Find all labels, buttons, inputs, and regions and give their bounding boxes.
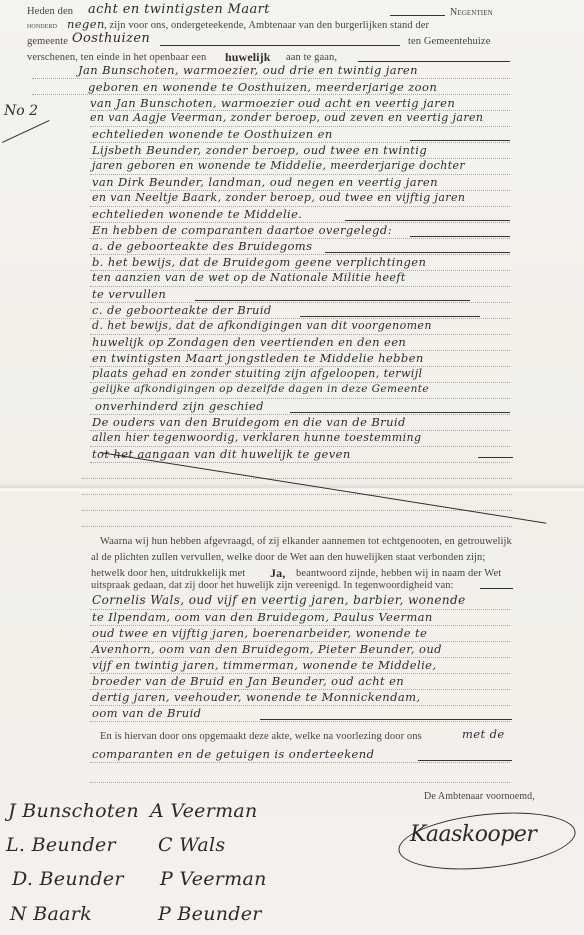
body-line: geboren en wonende te Oosthuizen, meerde… <box>88 80 437 94</box>
signature-witness-wals: C Wals <box>158 834 225 856</box>
witness-line: vijf en twintig jaren, timmerman, wonend… <box>92 658 436 672</box>
guide-line <box>90 462 510 463</box>
header-heden-den: Heden den <box>27 6 73 17</box>
fill-rule <box>480 588 513 589</box>
body-line: tot het aangaan van dit huwelijk te geve… <box>92 447 351 461</box>
signature-witness-veerman: P Veerman <box>160 868 267 890</box>
margin-stroke <box>2 120 50 143</box>
fill-rule <box>478 457 513 458</box>
printed-body-line-2: al de plichten zullen vervullen, welke d… <box>91 552 485 563</box>
body-line: onverhinderd zijn geschied <box>95 399 264 413</box>
header-rule-3 <box>358 61 510 62</box>
paper-fold <box>0 483 584 493</box>
header-line2-text: , zijn voor ons, ondergeteekende, Ambten… <box>104 20 429 31</box>
body-line: d. het bewijs, dat de afkondigingen van … <box>92 319 432 332</box>
body-line: De ouders van den Bruidegom en die van d… <box>92 415 406 429</box>
fill-rule <box>418 760 512 761</box>
body-line: echtelieden wonende te Middelie. <box>92 207 302 221</box>
witness-line: dertig jaren, veehouder, wonende te Monn… <box>92 690 420 704</box>
guide-line <box>82 478 512 479</box>
body-line: c. de geboorteakte der Bruid <box>92 303 272 317</box>
fill-rule <box>195 300 470 301</box>
witness-line: broeder van de Bruid en Jan Beunder, oud… <box>92 674 404 688</box>
body-line: echtelieden wonende te Oosthuizen en <box>92 127 333 141</box>
guide-line <box>82 494 512 495</box>
body-line: van Jan Bunschoten, warmoezier oud acht … <box>90 96 455 110</box>
body-line: plaats gehad en zonder stuiting zijn afg… <box>92 367 422 380</box>
fill-rule <box>260 719 512 720</box>
witness-line: te Ilpendam, oom van den Bruidegom, Paul… <box>92 610 433 624</box>
guide-line <box>32 78 510 79</box>
body-line: allen hier tegenwoordig, verklaren hunne… <box>92 431 421 444</box>
closing-handwritten-b: comparanten en de getuigen is onderteeke… <box>92 747 374 761</box>
guide-line <box>90 782 510 783</box>
marriage-date: acht en twintigsten Maart <box>88 2 270 17</box>
official-label: De Ambtenaar voornoemd, <box>424 791 535 802</box>
body-line: en van Neeltje Baark, zonder beroep, oud… <box>92 191 465 204</box>
marriage-year: negen <box>67 17 105 31</box>
body-line: gelijke afkondigingen op dezelfde dagen … <box>92 383 429 395</box>
guide-line <box>90 762 510 763</box>
printed-body-line-3b: beantwoord zijnde, hebben wij in naam de… <box>296 568 501 579</box>
signature-bride-father: D. Beunder <box>12 868 124 890</box>
body-line: Lijsbeth Beunder, zonder beroep, oud twe… <box>92 143 427 157</box>
header-negentien: Negentien <box>450 7 493 18</box>
body-line: huwelijk op Zondagen den veertienden en … <box>92 335 406 349</box>
printed-body-line-1: Waarna wij hun hebben afgevraagd, of zij… <box>100 536 512 547</box>
body-line: b. het bewijs, dat de Bruidegom geene ve… <box>92 255 426 269</box>
closing-handwritten-a: met de <box>462 727 505 741</box>
fill-rule <box>410 236 510 237</box>
witness-line: oud twee en vijftig jaren, boerenarbeide… <box>92 626 427 640</box>
signature-bride-mother: N Baark <box>10 903 92 925</box>
witness-line: Cornelis Wals, oud vijf en veertig jaren… <box>92 593 466 607</box>
official-signature: Kaaskooper <box>392 810 582 872</box>
signature-groom-mother: A Veerman <box>150 800 258 822</box>
fill-rule <box>325 252 510 253</box>
body-line: En hebben de comparanten daartoe overgel… <box>92 223 392 237</box>
printed-body-line-3a: hetwelk door hen, uitdrukkelijk met <box>91 568 245 579</box>
body-line: en van Aagje Veerman, zonder beroep, oud… <box>90 111 483 124</box>
signature-bride: L. Beunder <box>6 834 116 856</box>
body-line: Jan Bunschoten, warmoezier, oud drie en … <box>78 63 418 77</box>
guide-line <box>32 94 510 95</box>
header-gemeente: gemeente <box>27 36 68 47</box>
header-aan-te-gaan: aan te gaan, <box>286 52 337 63</box>
body-line: ten aanzien van de wet op de Nationale M… <box>92 271 406 284</box>
official-signature-name: Kaaskooper <box>410 822 536 847</box>
signature-groom: J Bunschoten <box>8 800 139 822</box>
marriage-record-page: No 2 Heden den acht en twintigsten Maart… <box>0 0 584 935</box>
header-ten-gemeentehuize: ten Gemeentehuize <box>408 36 490 47</box>
witness-line: Avenhorn, oom van den Bruidegom, Pieter … <box>92 642 442 656</box>
header-honderd: honderd <box>27 20 57 30</box>
fill-rule <box>345 220 510 221</box>
fill-rule <box>410 140 510 141</box>
body-line: te vervullen <box>92 287 166 301</box>
header-rule-2 <box>160 45 400 46</box>
guide-line <box>90 721 510 722</box>
fill-rule <box>300 316 480 317</box>
municipality-name: Oosthuizen <box>72 31 150 46</box>
header-rule-1 <box>390 15 445 16</box>
guide-line <box>82 526 512 527</box>
signature-witness-beunder: P Beunder <box>158 903 262 925</box>
printed-body-line-4: uitspraak gedaan, dat zij door het huwel… <box>91 580 454 591</box>
printed-body-ja: Ja, <box>270 566 285 581</box>
witness-line: oom van de Bruid <box>92 706 201 720</box>
body-line: jaren geboren en wonende te Middelie, me… <box>92 159 465 172</box>
margin-record-number: No 2 <box>4 103 38 119</box>
guide-line <box>82 510 512 511</box>
fill-rule <box>290 412 510 413</box>
body-line: van Dirk Beunder, landman, oud negen en … <box>92 175 438 189</box>
body-line: en twintigsten Maart jongstleden te Midd… <box>92 351 424 365</box>
header-verschenen: verschenen, ten einde in het openbaar ee… <box>27 52 206 63</box>
closing-printed: En is hiervan door ons opgemaakt deze ak… <box>100 731 422 742</box>
body-line: a. de geboorteakte des Bruidegoms <box>92 239 312 253</box>
